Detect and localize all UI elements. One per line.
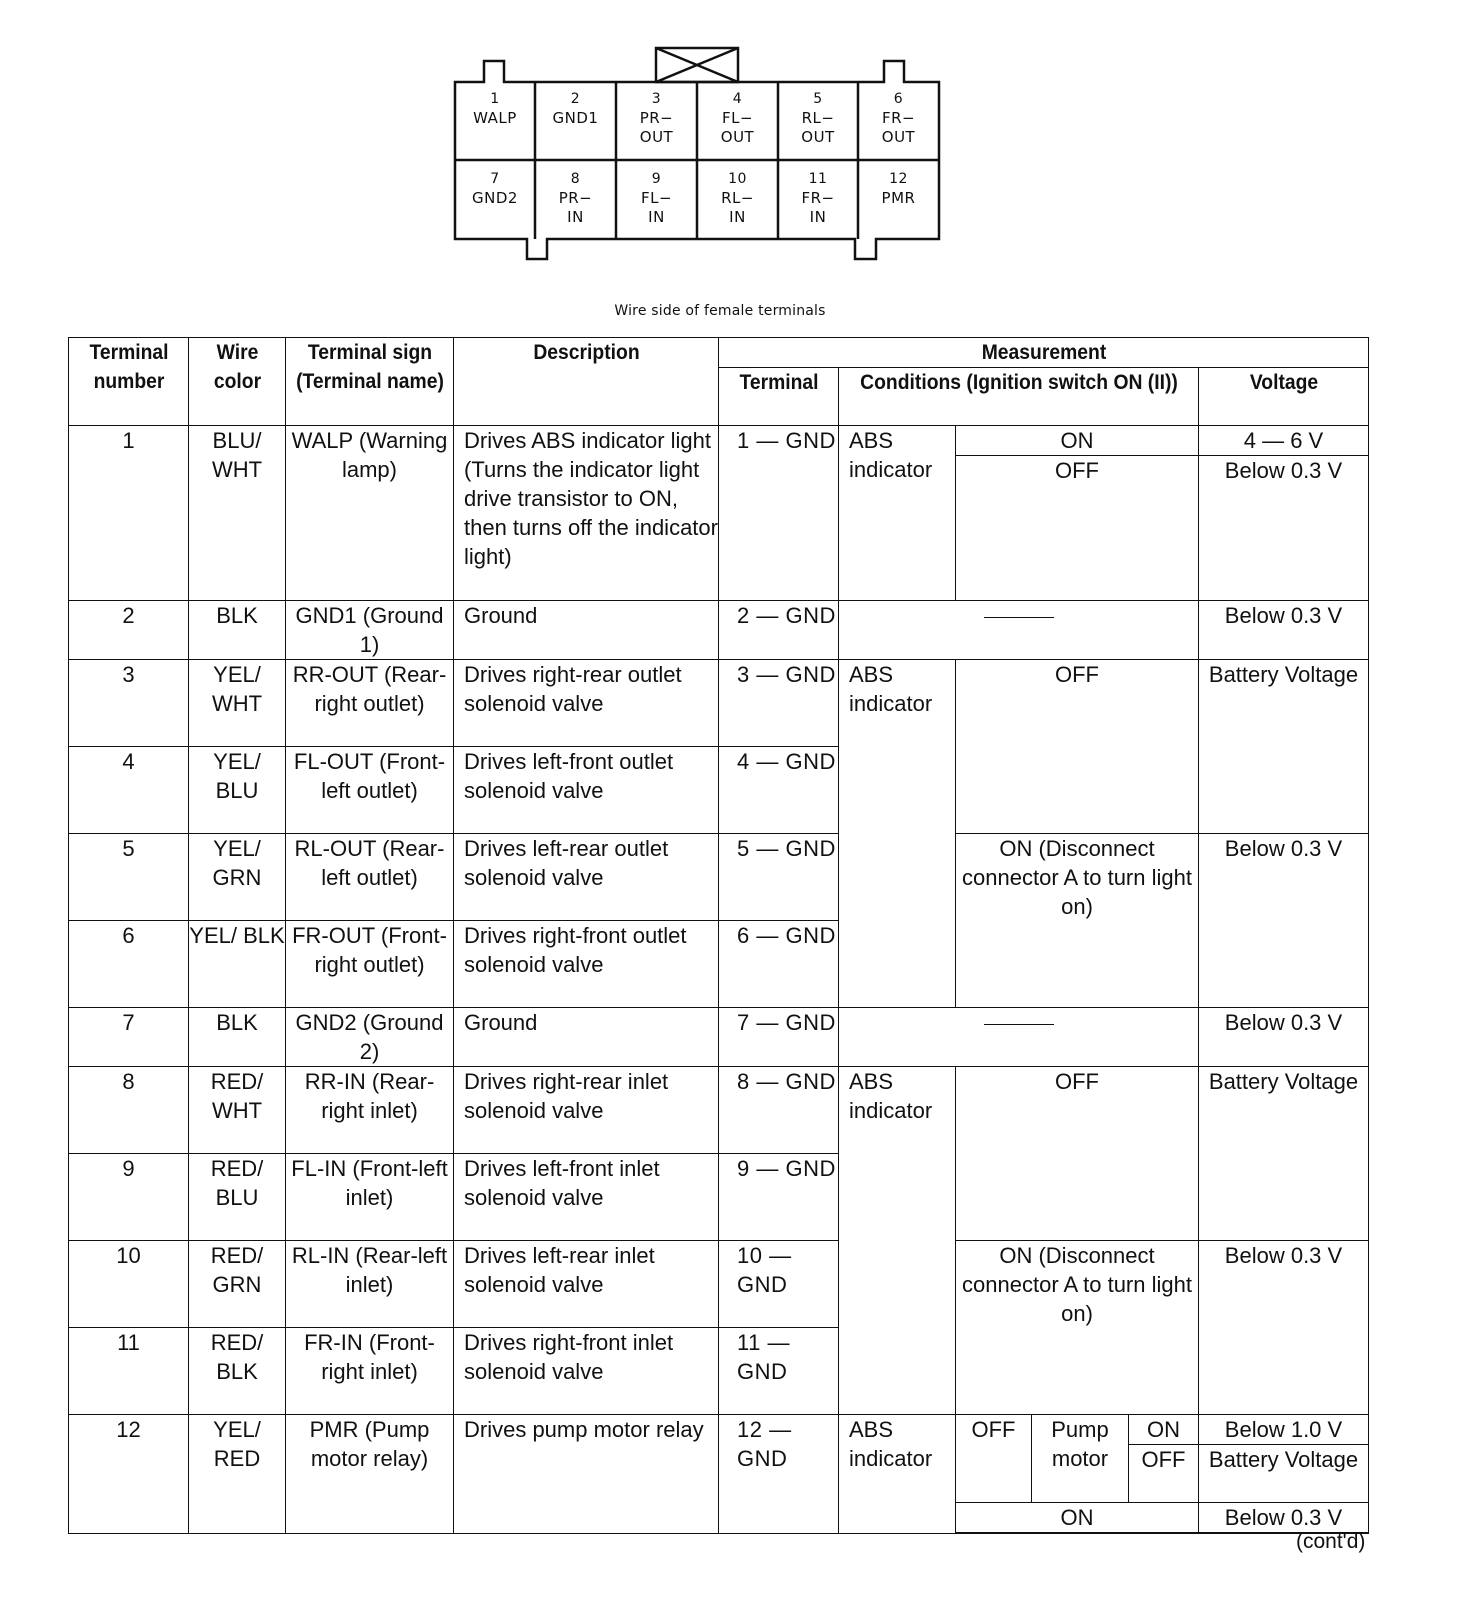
terminal-sign: PMR (Pump motor relay) <box>286 1415 454 1534</box>
description: Drives ABS indicator light (Turns the in… <box>454 426 719 601</box>
description: Drives left-front inlet solenoid valve <box>454 1154 719 1241</box>
pin-label: FR− <box>858 109 939 128</box>
pin-number: 5 <box>778 90 858 109</box>
condition-state: OFF <box>956 660 1199 834</box>
condition-pump-motor: Pump motor <box>1032 1415 1129 1503</box>
table-row: 7BLKGND2 (Ground 2)Ground7 — GNDBelow 0.… <box>69 1008 1369 1067</box>
connector-diagram: 1WALP2GND13PR−OUT4FL−OUT5RL−OUT6FR−OUT7G… <box>452 46 942 266</box>
condition-abs-state: OFF <box>956 1415 1032 1503</box>
condition-none <box>839 601 1199 660</box>
terminal-number: 10 <box>69 1241 189 1328</box>
pin-label: IN <box>778 208 858 227</box>
terminal-number: 6 <box>69 921 189 1008</box>
condition-pump-state: ON <box>1129 1415 1199 1445</box>
description: Drives right-rear inlet solenoid valve <box>454 1067 719 1154</box>
terminal-number: 3 <box>69 660 189 747</box>
description: Drives right-rear outlet solenoid valve <box>454 660 719 747</box>
table-row: 1BLU/ WHTWALP (Warning lamp)Drives ABS i… <box>69 426 1369 456</box>
description: Ground <box>454 601 719 660</box>
measurement-terminal: 8 — GND <box>719 1067 839 1154</box>
condition-state: ON <box>956 426 1199 456</box>
measurement-terminal: 5 — GND <box>719 834 839 921</box>
voltage: Below 0.3 V <box>1199 1008 1369 1067</box>
header-terminal-number: Terminal number <box>73 338 183 426</box>
header-measurement: Measurement <box>745 338 1343 368</box>
voltage: Below 1.0 V <box>1199 1415 1369 1445</box>
description: Drives pump motor relay <box>454 1415 719 1534</box>
wire-color: BLK <box>189 601 286 660</box>
wire-color: YEL/ RED <box>189 1415 286 1534</box>
dash-icon <box>984 617 1054 618</box>
pin-label: OUT <box>697 128 778 147</box>
terminal-number: 4 <box>69 747 189 834</box>
pin-label: RL− <box>778 109 858 128</box>
measurement-terminal: 2 — GND <box>719 601 839 660</box>
measurement-terminal: 4 — GND <box>719 747 839 834</box>
pin-label: IN <box>616 208 697 227</box>
terminal-sign: FL-OUT (Front-left outlet) <box>286 747 454 834</box>
connector-pin-1: 1WALP <box>455 90 535 128</box>
voltage: Below 0.3 V <box>1199 601 1369 660</box>
description: Drives left-rear outlet solenoid valve <box>454 834 719 921</box>
pin-number: 10 <box>697 170 778 189</box>
wire-color: RED/ BLU <box>189 1154 286 1241</box>
voltage: Battery Voltage <box>1199 1445 1369 1503</box>
terminal-sign: WALP (Warning lamp) <box>286 426 454 601</box>
wire-color: RED/ GRN <box>189 1241 286 1328</box>
condition-abs-indicator: ABS indicator <box>839 660 956 1008</box>
pin-number: 3 <box>616 90 697 109</box>
condition-abs-indicator: ABS indicator <box>839 426 956 601</box>
wire-color: BLK <box>189 1008 286 1067</box>
connector-outline <box>452 46 942 266</box>
table-row: 10RED/ GRNRL-IN (Rear-left inlet)Drives … <box>69 1241 1369 1328</box>
terminal-number: 9 <box>69 1154 189 1241</box>
pin-label: FR− <box>778 189 858 208</box>
dash-icon <box>984 1024 1054 1025</box>
header-description: Description <box>464 338 708 426</box>
connector-pin-8: 8PR−IN <box>535 170 616 227</box>
measurement-terminal: 6 — GND <box>719 921 839 1008</box>
pin-number: 1 <box>455 90 535 109</box>
pin-label: OUT <box>858 128 939 147</box>
wire-color: YEL/ WHT <box>189 660 286 747</box>
terminal-sign: FL-IN (Front-left inlet) <box>286 1154 454 1241</box>
terminal-number: 12 <box>69 1415 189 1534</box>
voltage: Battery Voltage <box>1199 1067 1369 1241</box>
connector-pin-9: 9FL−IN <box>616 170 697 227</box>
pin-label: PMR <box>858 189 939 208</box>
terminal-sign: FR-OUT (Front-right outlet) <box>286 921 454 1008</box>
terminal-number: 5 <box>69 834 189 921</box>
pin-label: GND2 <box>455 189 535 208</box>
wire-color: BLU/ WHT <box>189 426 286 601</box>
connector-pin-4: 4FL−OUT <box>697 90 778 147</box>
pin-number: 9 <box>616 170 697 189</box>
condition-abs-state: ON <box>956 1503 1199 1534</box>
pin-number: 4 <box>697 90 778 109</box>
header-terminal-sign: Terminal sign (Terminal name) <box>292 338 447 426</box>
terminal-sign: RR-OUT (Rear-right outlet) <box>286 660 454 747</box>
pin-label: IN <box>535 208 616 227</box>
table-row: 3YEL/ WHTRR-OUT (Rear-right outlet)Drive… <box>69 660 1369 747</box>
terminal-number: 1 <box>69 426 189 601</box>
measurement-terminal: 11 — GND <box>719 1328 839 1415</box>
pin-label: FL− <box>616 189 697 208</box>
table-row: 5YEL/ GRNRL-OUT (Rear-left outlet)Drives… <box>69 834 1369 921</box>
pin-number: 7 <box>455 170 535 189</box>
header-conditions: Conditions (Ignition switch ON (II)) <box>853 368 1184 426</box>
condition-pump-state: OFF <box>1129 1445 1199 1503</box>
condition-state: OFF <box>956 1067 1199 1241</box>
pin-label: RL− <box>697 189 778 208</box>
voltage: Below 0.3 V <box>1199 456 1369 601</box>
pin-label: PR− <box>616 109 697 128</box>
description: Drives left-front outlet solenoid valve <box>454 747 719 834</box>
pin-label: OUT <box>778 128 858 147</box>
terminal-sign: RL-OUT (Rear-left outlet) <box>286 834 454 921</box>
table-row: 8RED/ WHTRR-IN (Rear-right inlet)Drives … <box>69 1067 1369 1154</box>
header-voltage: Voltage <box>1205 368 1361 426</box>
condition-none <box>839 1008 1199 1067</box>
measurement-terminal: 7 — GND <box>719 1008 839 1067</box>
connector-pin-10: 10RL−IN <box>697 170 778 227</box>
pin-label: WALP <box>455 109 535 128</box>
terminal-number: 7 <box>69 1008 189 1067</box>
connector-caption: Wire side of female terminals <box>0 303 1440 319</box>
continued-label: (cont'd) <box>1296 1530 1365 1554</box>
header-wire-color: Wire color <box>192 338 281 426</box>
wire-color: RED/ WHT <box>189 1067 286 1154</box>
condition-abs-indicator: ABS indicator <box>839 1067 956 1415</box>
measurement-terminal: 9 — GND <box>719 1154 839 1241</box>
pin-number: 6 <box>858 90 939 109</box>
measurement-terminal: 10 — GND <box>719 1241 839 1328</box>
condition-state: OFF <box>956 456 1199 601</box>
connector-pin-2: 2GND1 <box>535 90 616 128</box>
table-row: 12YEL/ REDPMR (Pump motor relay)Drives p… <box>69 1415 1369 1445</box>
measurement-terminal: 3 — GND <box>719 660 839 747</box>
pin-number: 12 <box>858 170 939 189</box>
terminal-sign: GND2 (Ground 2) <box>286 1008 454 1067</box>
table-row: 2BLKGND1 (Ground 1)Ground2 — GNDBelow 0.… <box>69 601 1369 660</box>
terminal-sign: RL-IN (Rear-left inlet) <box>286 1241 454 1328</box>
voltage: Below 0.3 V <box>1199 1503 1369 1534</box>
terminal-sign: FR-IN (Front-right inlet) <box>286 1328 454 1415</box>
measurement-terminal: 1 — GND <box>719 426 839 601</box>
condition-abs-indicator: ABS indicator <box>839 1415 956 1534</box>
terminal-number: 11 <box>69 1328 189 1415</box>
voltage: Below 0.3 V <box>1199 1241 1369 1415</box>
header-terminal: Terminal <box>723 368 833 426</box>
pin-number: 11 <box>778 170 858 189</box>
description: Drives left-rear inlet solenoid valve <box>454 1241 719 1328</box>
wire-color: YEL/ BLK <box>189 921 286 1008</box>
pin-label: IN <box>697 208 778 227</box>
connector-pin-12: 12PMR <box>858 170 939 208</box>
connector-pin-3: 3PR−OUT <box>616 90 697 147</box>
terminal-sign: GND1 (Ground 1) <box>286 601 454 660</box>
condition-state: ON (Disconnect connector A to turn light… <box>956 834 1199 1008</box>
voltage: Battery Voltage <box>1199 660 1369 834</box>
description: Drives right-front outlet solenoid valve <box>454 921 719 1008</box>
pin-label: OUT <box>616 128 697 147</box>
terminal-sign: RR-IN (Rear-right inlet) <box>286 1067 454 1154</box>
wire-color: YEL/ GRN <box>189 834 286 921</box>
terminal-number: 2 <box>69 601 189 660</box>
terminal-number: 8 <box>69 1067 189 1154</box>
description: Ground <box>454 1008 719 1067</box>
pin-label: GND1 <box>535 109 616 128</box>
connector-pin-11: 11FR−IN <box>778 170 858 227</box>
pin-number: 2 <box>535 90 616 109</box>
connector-pin-5: 5RL−OUT <box>778 90 858 147</box>
measurement-terminal: 12 — GND <box>719 1415 839 1534</box>
pin-label: FL− <box>697 109 778 128</box>
wire-color: RED/ BLK <box>189 1328 286 1415</box>
connector-pin-7: 7GND2 <box>455 170 535 208</box>
voltage: Below 0.3 V <box>1199 834 1369 1008</box>
description: Drives right-front inlet solenoid valve <box>454 1328 719 1415</box>
terminal-table: Terminal number Wire color Terminal sign… <box>68 337 1369 1534</box>
pin-number: 8 <box>535 170 616 189</box>
condition-state: ON (Disconnect connector A to turn light… <box>956 1241 1199 1415</box>
pin-label: PR− <box>535 189 616 208</box>
connector-pin-6: 6FR−OUT <box>858 90 939 147</box>
voltage: 4 — 6 V <box>1199 426 1369 456</box>
wire-color: YEL/ BLU <box>189 747 286 834</box>
